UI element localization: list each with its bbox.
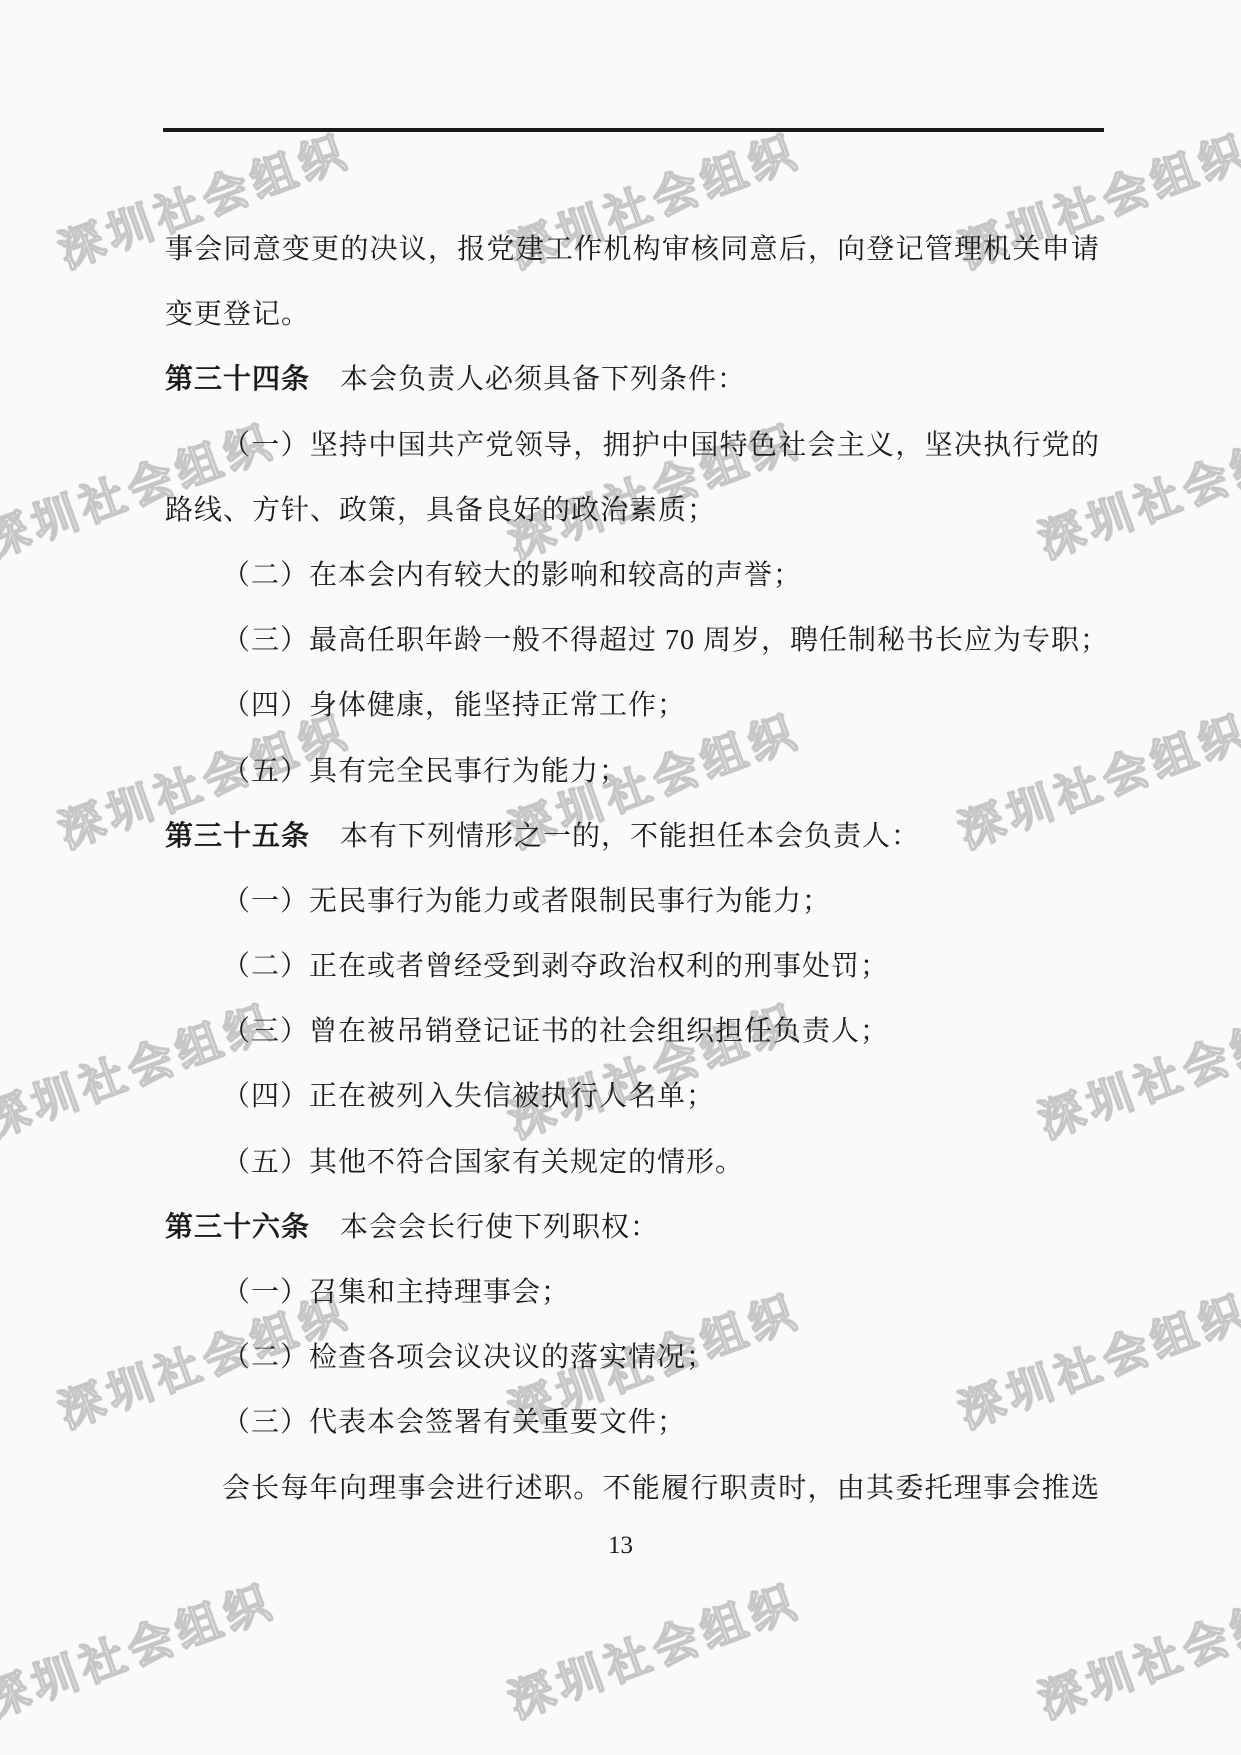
- watermark-text: 深圳社会组织: [1028, 1565, 1241, 1731]
- article-35-number: 第三十五条: [165, 821, 310, 852]
- item-line: （五）具有完全民事行为能力；: [165, 739, 1100, 804]
- item-line: （三）最高任职年龄一般不得超过 70 周岁，聘任制秘书长应为专职；: [165, 608, 1100, 673]
- body-line: 路线、方针、政策，具备良好的政治素质；: [165, 478, 1100, 543]
- item-line: （二）检查各项会议决议的落实情况；: [165, 1325, 1100, 1390]
- article-36-heading: 第三十六条本会会长行使下列职权：: [165, 1195, 1100, 1260]
- item-line: （四）身体健康，能坚持正常工作；: [165, 673, 1100, 738]
- document-body: 事会同意变更的决议，报党建工作机构审核同意后，向登记管理机关申请 变更登记。 第…: [165, 217, 1100, 1521]
- item-line: （一）召集和主持理事会；: [165, 1260, 1100, 1325]
- body-line: 事会同意变更的决议，报党建工作机构审核同意后，向登记管理机关申请: [165, 217, 1100, 282]
- watermark-text: 深圳社会组织: [0, 1565, 283, 1731]
- item-line: （五）其他不符合国家有关规定的情形。: [165, 1130, 1100, 1195]
- article-35-text: 本有下列情形之一的，不能担任本会负责人：: [340, 821, 920, 852]
- article-36-number: 第三十六条: [165, 1212, 310, 1243]
- article-34-heading: 第三十四条本会负责人必须具备下列条件：: [165, 347, 1100, 412]
- top-rule: [163, 128, 1104, 132]
- body-line: 会长每年向理事会进行述职。不能履行职责时，由其委托理事会推选: [165, 1456, 1100, 1521]
- item-line: （四）正在被列入失信被执行人名单；: [165, 1064, 1100, 1129]
- item-line: （一）坚持中国共产党领导，拥护中国特色社会主义，坚决执行党的: [165, 413, 1100, 478]
- article-36-text: 本会会长行使下列职权：: [340, 1212, 659, 1243]
- item-line: （三）代表本会签署有关重要文件；: [165, 1390, 1100, 1455]
- watermark-text: 深圳社会组织: [498, 1565, 808, 1731]
- page-number: 13: [0, 1528, 1241, 1564]
- document-page: 深圳社会组织深圳社会组织深圳社会组织深圳社会组织深圳社会组织深圳社会组织深圳社会…: [0, 0, 1241, 1755]
- item-line: （一）无民事行为能力或者限制民事行为能力；: [165, 869, 1100, 934]
- body-line: 变更登记。: [165, 282, 1100, 347]
- article-34-text: 本会负责人必须具备下列条件：: [340, 364, 746, 395]
- item-line: （二）在本会内有较大的影响和较高的声誉；: [165, 543, 1100, 608]
- article-34-number: 第三十四条: [165, 364, 310, 395]
- item-line: （三）曾在被吊销登记证书的社会组织担任负责人；: [165, 999, 1100, 1064]
- article-35-heading: 第三十五条本有下列情形之一的，不能担任本会负责人：: [165, 804, 1100, 869]
- item-line: （二）正在或者曾经受到剥夺政治权利的刑事处罚；: [165, 934, 1100, 999]
